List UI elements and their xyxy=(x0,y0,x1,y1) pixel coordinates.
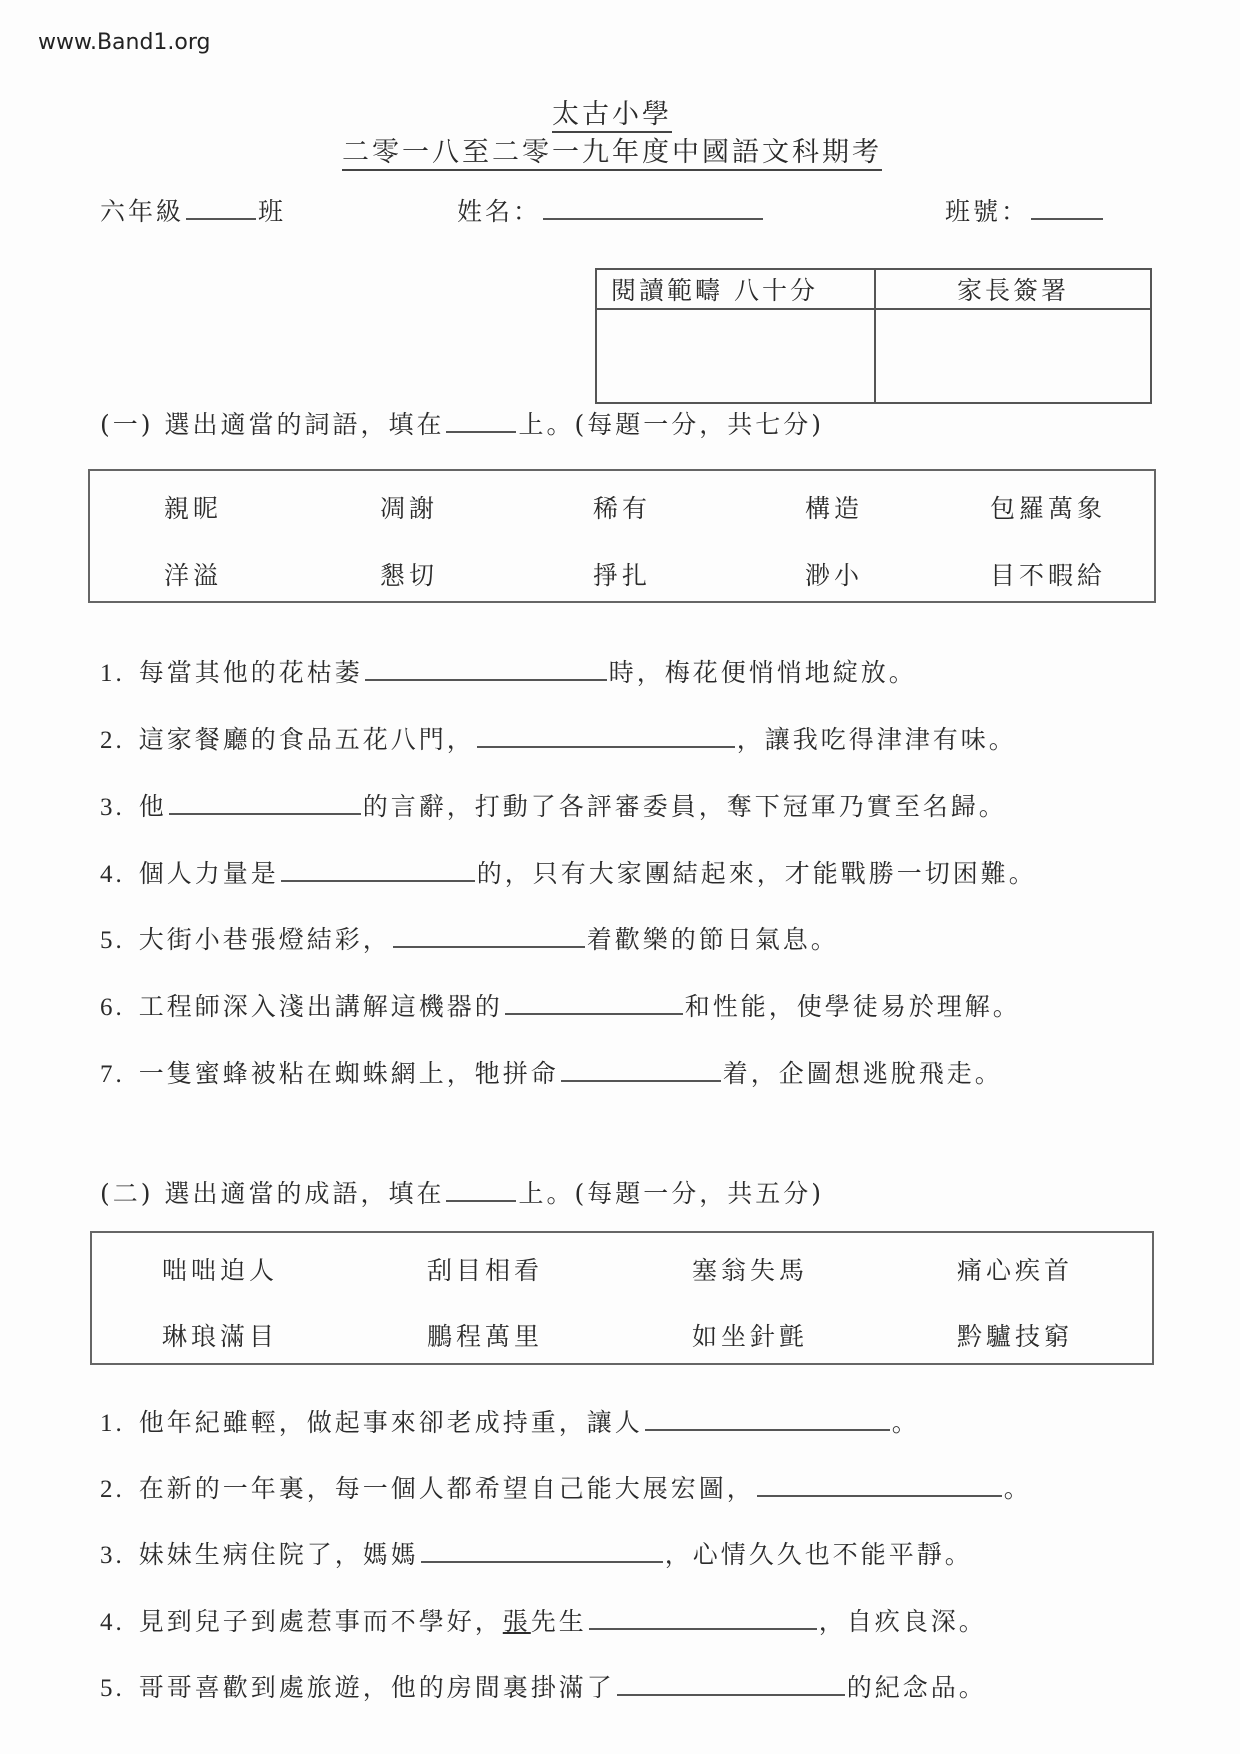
word-option: 目不暇給 xyxy=(990,556,1106,592)
answer-blank[interactable] xyxy=(505,1012,683,1015)
answer-blank[interactable] xyxy=(617,1693,845,1696)
section2-idiom-bank: 咄咄迫人 刮目相看 塞翁失馬 痛心疾首 琳琅滿目 鵬程萬里 如坐針氈 黔驢技窮 xyxy=(90,1231,1154,1365)
section1-question-1: 1.每當其他的花枯萎時，梅花便悄悄地綻放。 xyxy=(100,653,917,689)
section1-heading: (一) 選出適當的詞語，填在上。(每題一分，共七分) xyxy=(100,405,824,441)
answer-blank[interactable] xyxy=(365,678,607,681)
score-table: 閱讀範疇 八十分 家長簽署 xyxy=(595,268,1152,404)
word-option: 掙扎 xyxy=(593,556,651,592)
idiom-option: 如坐針氈 xyxy=(692,1317,808,1353)
answer-blank[interactable] xyxy=(169,812,361,815)
section2-question-5: 5.哥哥喜歡到處旅遊，他的房間裏掛滿了的紀念品。 xyxy=(100,1668,987,1704)
idiom-option: 痛心疾首 xyxy=(957,1251,1073,1287)
parent-signature-header: 家長簽署 xyxy=(875,269,1151,309)
idiom-option: 琳琅滿目 xyxy=(162,1317,278,1353)
name-blank[interactable] xyxy=(543,217,763,220)
section2-question-1: 1.他年紀雖輕，做起事來卻老成持重，讓人。 xyxy=(100,1403,920,1439)
section1-question-5: 5.大街小巷張燈結彩，着歡樂的節日氣息。 xyxy=(100,920,839,956)
grade-class-field: 六年級班 xyxy=(100,192,286,228)
idiom-option: 刮目相看 xyxy=(427,1251,543,1287)
exam-title: 二零一八至二零一九年度中國語文科期考 xyxy=(0,130,1232,169)
reading-score-cell[interactable] xyxy=(596,309,875,403)
idiom-option: 鵬程萬里 xyxy=(427,1317,543,1353)
class-number-field: 班號： xyxy=(945,192,1105,228)
section2-question-4: 4.見到兒子到處惹事而不學好，張先生，自疚良深。 xyxy=(100,1602,987,1638)
word-option: 稀有 xyxy=(593,489,651,525)
section1-question-2: 2.這家餐廳的食品五花八門，，讓我吃得津津有味。 xyxy=(100,720,1017,756)
answer-blank[interactable] xyxy=(645,1428,890,1431)
section1-question-4: 4.個人力量是的，只有大家團結起來，才能戰勝一切困難。 xyxy=(100,854,1037,890)
answer-blank[interactable] xyxy=(477,745,735,748)
section2-heading: (二) 選出適當的成語，填在上。(每題一分，共五分) xyxy=(100,1174,824,1210)
word-option: 洋溢 xyxy=(164,556,222,592)
section2-question-3: 3.妹妹生病住院了，媽媽，心情久久也不能平靜。 xyxy=(100,1535,973,1571)
word-option: 渺小 xyxy=(805,556,863,592)
word-option: 懇切 xyxy=(380,556,438,592)
answer-blank[interactable] xyxy=(421,1560,663,1563)
section1-word-bank: 親昵 凋謝 稀有 構造 包羅萬象 洋溢 懇切 掙扎 渺小 目不暇給 xyxy=(88,469,1156,603)
answer-blank[interactable] xyxy=(281,879,475,882)
website-watermark: www.Band1.org xyxy=(38,30,211,55)
name-field: 姓名： xyxy=(457,192,765,228)
parent-signature-cell[interactable] xyxy=(875,309,1151,403)
proper-name: 張 xyxy=(503,1607,531,1636)
section1-question-7: 7.一隻蜜蜂被粘在蜘蛛網上，牠拼命着，企圖想逃脫飛走。 xyxy=(100,1054,1003,1090)
school-name: 太古小學 xyxy=(0,92,1232,131)
answer-blank[interactable] xyxy=(589,1627,817,1630)
word-option: 構造 xyxy=(805,489,863,525)
section1-question-3: 3.他的言辭，打動了各評審委員，奪下冠軍乃實至名歸。 xyxy=(100,787,1007,823)
answer-blank[interactable] xyxy=(561,1079,721,1082)
answer-blank[interactable] xyxy=(757,1494,1002,1497)
answer-blank[interactable] xyxy=(393,945,585,948)
idiom-option: 咄咄迫人 xyxy=(162,1251,278,1287)
idiom-option: 黔驢技窮 xyxy=(957,1317,1073,1353)
class-number-blank[interactable] xyxy=(1031,217,1103,220)
reading-score-header: 閱讀範疇 八十分 xyxy=(596,269,875,309)
class-blank[interactable] xyxy=(186,217,256,220)
word-option: 包羅萬象 xyxy=(990,489,1106,525)
word-option: 凋謝 xyxy=(380,489,438,525)
section2-question-2: 2.在新的一年裏，每一個人都希望自己能大展宏圖，。 xyxy=(100,1469,1032,1505)
section1-question-6: 6.工程師深入淺出講解這機器的和性能，使學徒易於理解。 xyxy=(100,987,1021,1023)
word-option: 親昵 xyxy=(164,489,222,525)
idiom-option: 塞翁失馬 xyxy=(692,1251,808,1287)
